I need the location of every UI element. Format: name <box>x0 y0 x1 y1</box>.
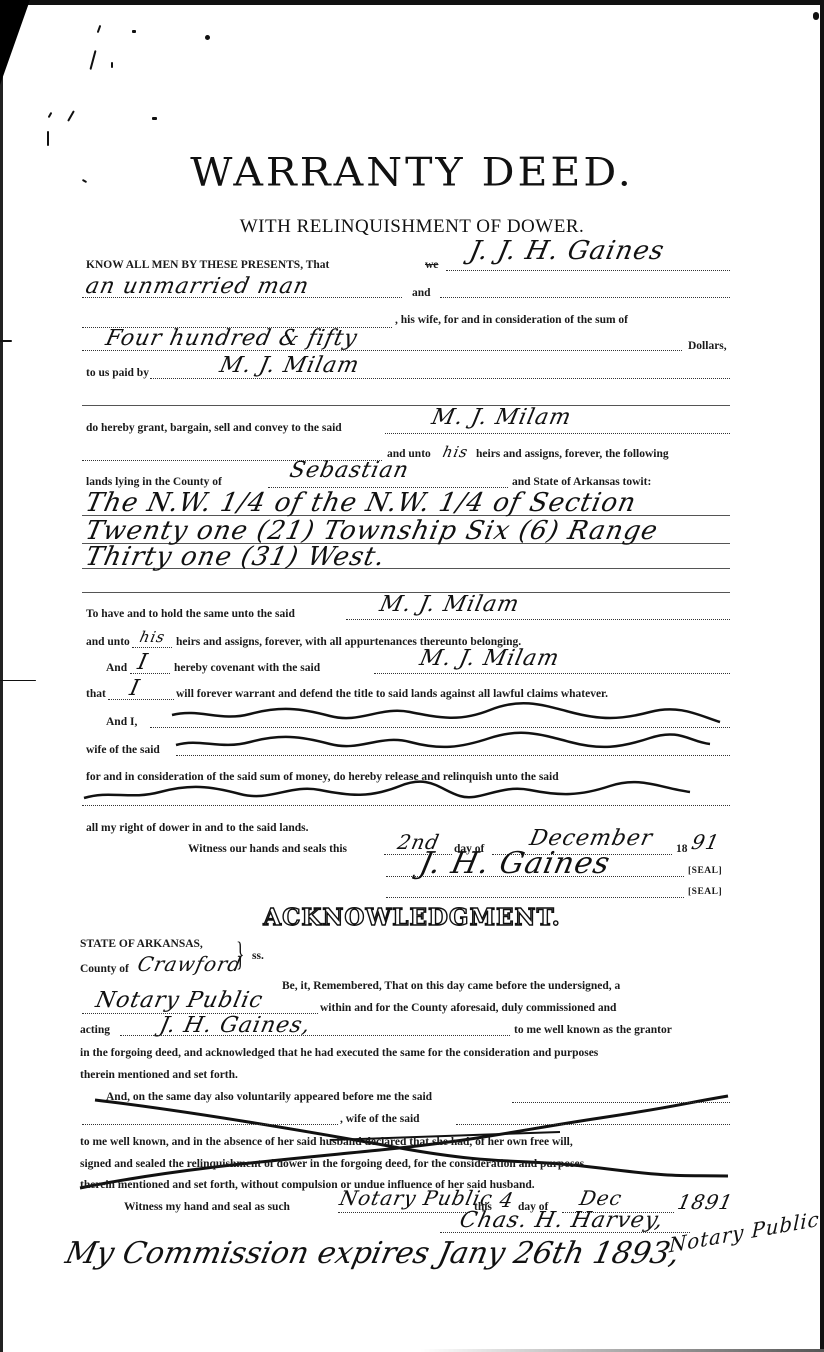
ss-label: ss. <box>252 950 264 962</box>
county-label: County of <box>80 963 129 975</box>
commission-expiry-note: My Commission expires Jany 26th 1893, <box>62 1236 683 1271</box>
well-known-text: to me well known as the grantor <box>514 1024 672 1036</box>
notary-witness-label: Witness my hand and seal as such <box>124 1201 290 1213</box>
witness-label: Witness our hands and seals this <box>188 843 347 855</box>
ack-county-handwritten: Crawford <box>135 952 244 976</box>
notary-year: 1891 <box>675 1190 735 1214</box>
be-it-remembered-text: Be, it, Remembered, That on this day cam… <box>282 980 620 992</box>
signature-line <box>386 897 684 898</box>
absence-text: to me well known, and in the absence of … <box>80 1136 573 1148</box>
state-label: STATE OF ARKANSAS, <box>80 938 203 950</box>
within-text: within and for the County aforesaid, dul… <box>320 1002 616 1014</box>
acknowledgment-heading: ACKNOWLEDGMENT. <box>0 904 824 931</box>
seal-label-2: [SEAL] <box>688 887 722 897</box>
signed-sealed-text: signed and sealed the relinquishment of … <box>80 1158 584 1170</box>
wife-of-said-text: , wife of the said <box>340 1113 420 1125</box>
dower-text: all my right of dower in and to the said… <box>86 822 308 834</box>
forgoing-text: in the forgoing deed, and acknowledged t… <box>80 1047 598 1059</box>
officer-title-handwritten: Notary Public <box>93 988 265 1013</box>
strike-scribbles <box>0 0 824 1352</box>
year-prefix: 18 <box>676 843 688 855</box>
notary-signature: Chas. H. Harvey, <box>457 1208 666 1233</box>
year-suffix-handwritten: 91 <box>689 830 722 854</box>
acting-label: acting <box>80 1024 110 1036</box>
grantor-signature: J. H. Gaines <box>416 846 613 881</box>
seal-label-1: [SEAL] <box>688 866 722 876</box>
ack-grantor-handwritten: J. H. Gaines, <box>157 1013 313 1038</box>
therein-text: therein mentioned and set forth. <box>80 1069 238 1081</box>
blank-line <box>456 1124 730 1125</box>
notary-month-handwritten: Dec <box>577 1186 624 1210</box>
blank-line <box>338 1212 470 1213</box>
same-day-text: And, on the same day also voluntarily ap… <box>106 1091 432 1103</box>
notary-title-handwritten: Notary Public <box>337 1186 495 1210</box>
blank-line <box>82 1124 338 1125</box>
blank-line <box>512 1102 730 1103</box>
